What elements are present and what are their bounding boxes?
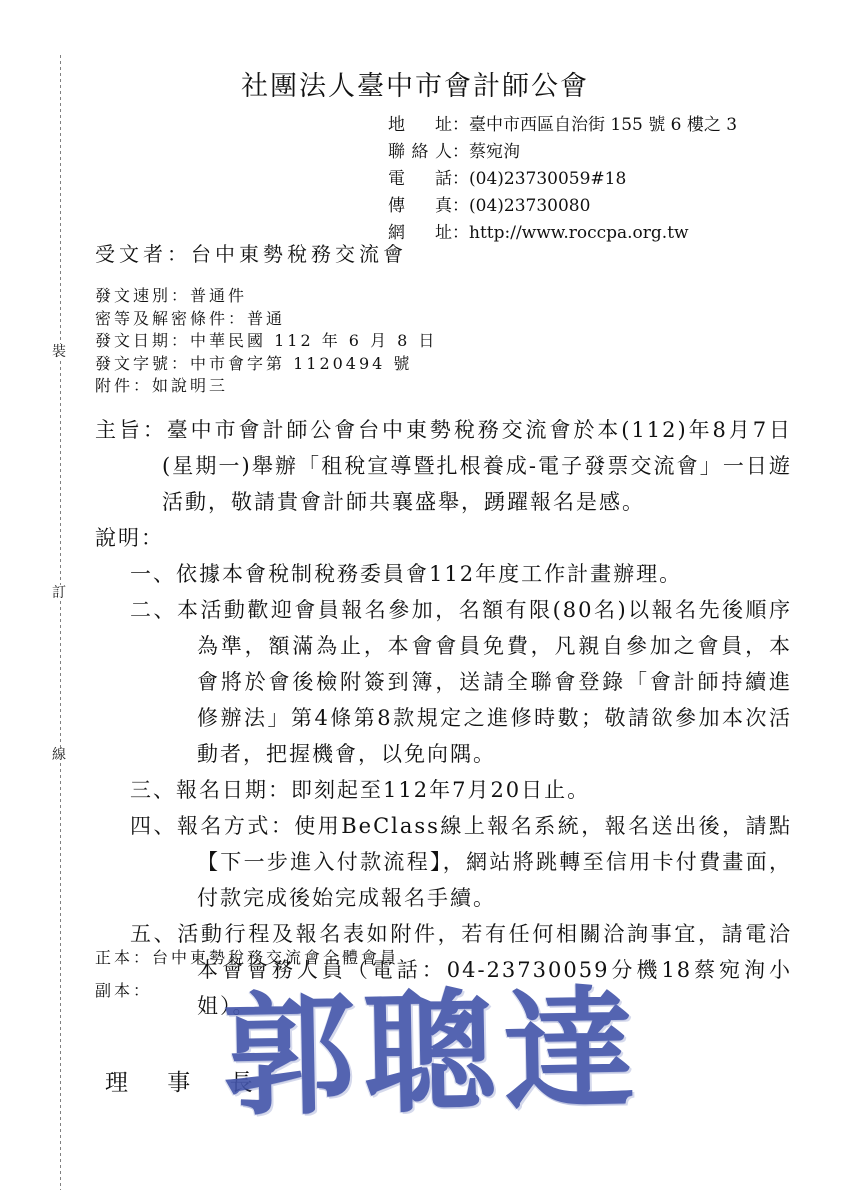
meta-issue-date: 發文日期：中華民國 112 年 6 月 8 日 (95, 330, 437, 353)
explanation-item-3: 三、報名日期：即刻起至112年7月20日止。 (95, 772, 792, 808)
binding-dotted-line (60, 55, 61, 1190)
meta-reference-number: 發文字號：中市會字第 1120494 號 (95, 353, 437, 376)
contact-row-phone: 電話：(04)23730059#18 (388, 166, 737, 193)
explanation-item-4: 四、報名方式：使用BeClass線上報名系統，報名送出後，請點【下一步進入付款流… (95, 808, 792, 916)
binding-mark-xian: 線 (52, 747, 66, 763)
item-marker: 二、 (130, 598, 177, 622)
website-value: http://www.roccpa.org.tw (469, 223, 689, 243)
item-marker: 三、 (130, 778, 176, 802)
subject-text: 臺中市會計師公會台中東勢稅務交流會於本(112)年8月7日(星期一)舉辦「租稅宣… (162, 418, 792, 514)
contact-block: 地址：臺中市西區自治街 155 號 6 樓之 3 聯絡人：蔡宛洵 電話：(04)… (388, 112, 737, 247)
address-value: 臺中市西區自治街 155 號 6 樓之 3 (469, 115, 737, 135)
colon: ： (452, 196, 469, 216)
meta-security-class: 密等及解密條件：普通 (95, 308, 437, 331)
colon: ： (452, 115, 469, 135)
subject-label: 主旨： (95, 418, 167, 442)
colon: ： (452, 223, 469, 243)
meta-block: 發文速別：普通件 密等及解密條件：普通 發文日期：中華民國 112 年 6 月 … (95, 285, 437, 398)
person-label: 聯絡人 (388, 139, 452, 166)
original-copy-line: 正本：台中東勢稅務交流會全體會員 (95, 941, 399, 974)
contact-row-website: 網址：http://www.roccpa.org.tw (388, 220, 737, 247)
address-label: 地址 (388, 112, 452, 139)
item-text: 本活動歡迎會員報名參加，名額有限(80名)以報名先後順序為準，額滿為止，本會會員… (177, 598, 792, 766)
meta-delivery-speed: 發文速別：普通件 (95, 285, 437, 308)
explanation-label: 說明： (95, 520, 792, 556)
signature-block: 理 事 長 郭聰達 (95, 1000, 795, 1190)
explanation-item-1: 一、依據本會稅制稅務委員會112年度工作計畫辦理。 (95, 556, 792, 592)
meta-attachment: 附件：如說明三 (95, 375, 437, 398)
phone-value: (04)23730059#18 (469, 169, 626, 189)
colon: ： (452, 142, 469, 162)
item-text: 報名日期：即刻起至112年7月20日止。 (176, 778, 590, 802)
phone-label: 電話 (388, 166, 452, 193)
contact-row-address: 地址：臺中市西區自治街 155 號 6 樓之 3 (388, 112, 737, 139)
official-letter-page: 裝 訂 線 社團法人臺中市會計師公會 地址：臺中市西區自治街 155 號 6 樓… (0, 0, 848, 1200)
colon: ： (452, 169, 469, 189)
letter-body: 主旨：臺中市會計師公會台中東勢稅務交流會於本(112)年8月7日(星期一)舉辦「… (95, 412, 792, 1024)
item-text: 依據本會稅制稅務委員會112年度工作計畫辦理。 (176, 562, 682, 586)
fax-value: (04)23730080 (469, 196, 590, 216)
item-text: 報名方式：使用BeClass線上報名系統，報名送出後，請點【下一步進入付款流程】… (177, 814, 792, 910)
contact-row-fax: 傳真：(04)23730080 (388, 193, 737, 220)
recipient-line: 受文者：台中東勢稅務交流會 (95, 238, 407, 267)
binding-mark-ding: 訂 (52, 585, 66, 601)
chairman-name-stamp: 郭聰達 (222, 984, 644, 1123)
explanation-item-2: 二、本活動歡迎會員報名參加，名額有限(80名)以報名先後順序為準，額滿為止，本會… (95, 592, 792, 772)
binding-mark-zhuang: 裝 (52, 344, 66, 360)
subject-paragraph: 主旨：臺中市會計師公會台中東勢稅務交流會於本(112)年8月7日(星期一)舉辦「… (95, 412, 792, 520)
contact-row-person: 聯絡人：蔡宛洵 (388, 139, 737, 166)
item-marker: 一、 (130, 562, 176, 586)
item-marker: 四、 (130, 814, 177, 838)
fax-label: 傳真 (388, 193, 452, 220)
org-title: 社團法人臺中市會計師公會 (0, 64, 830, 103)
person-value: 蔡宛洵 (469, 142, 520, 162)
